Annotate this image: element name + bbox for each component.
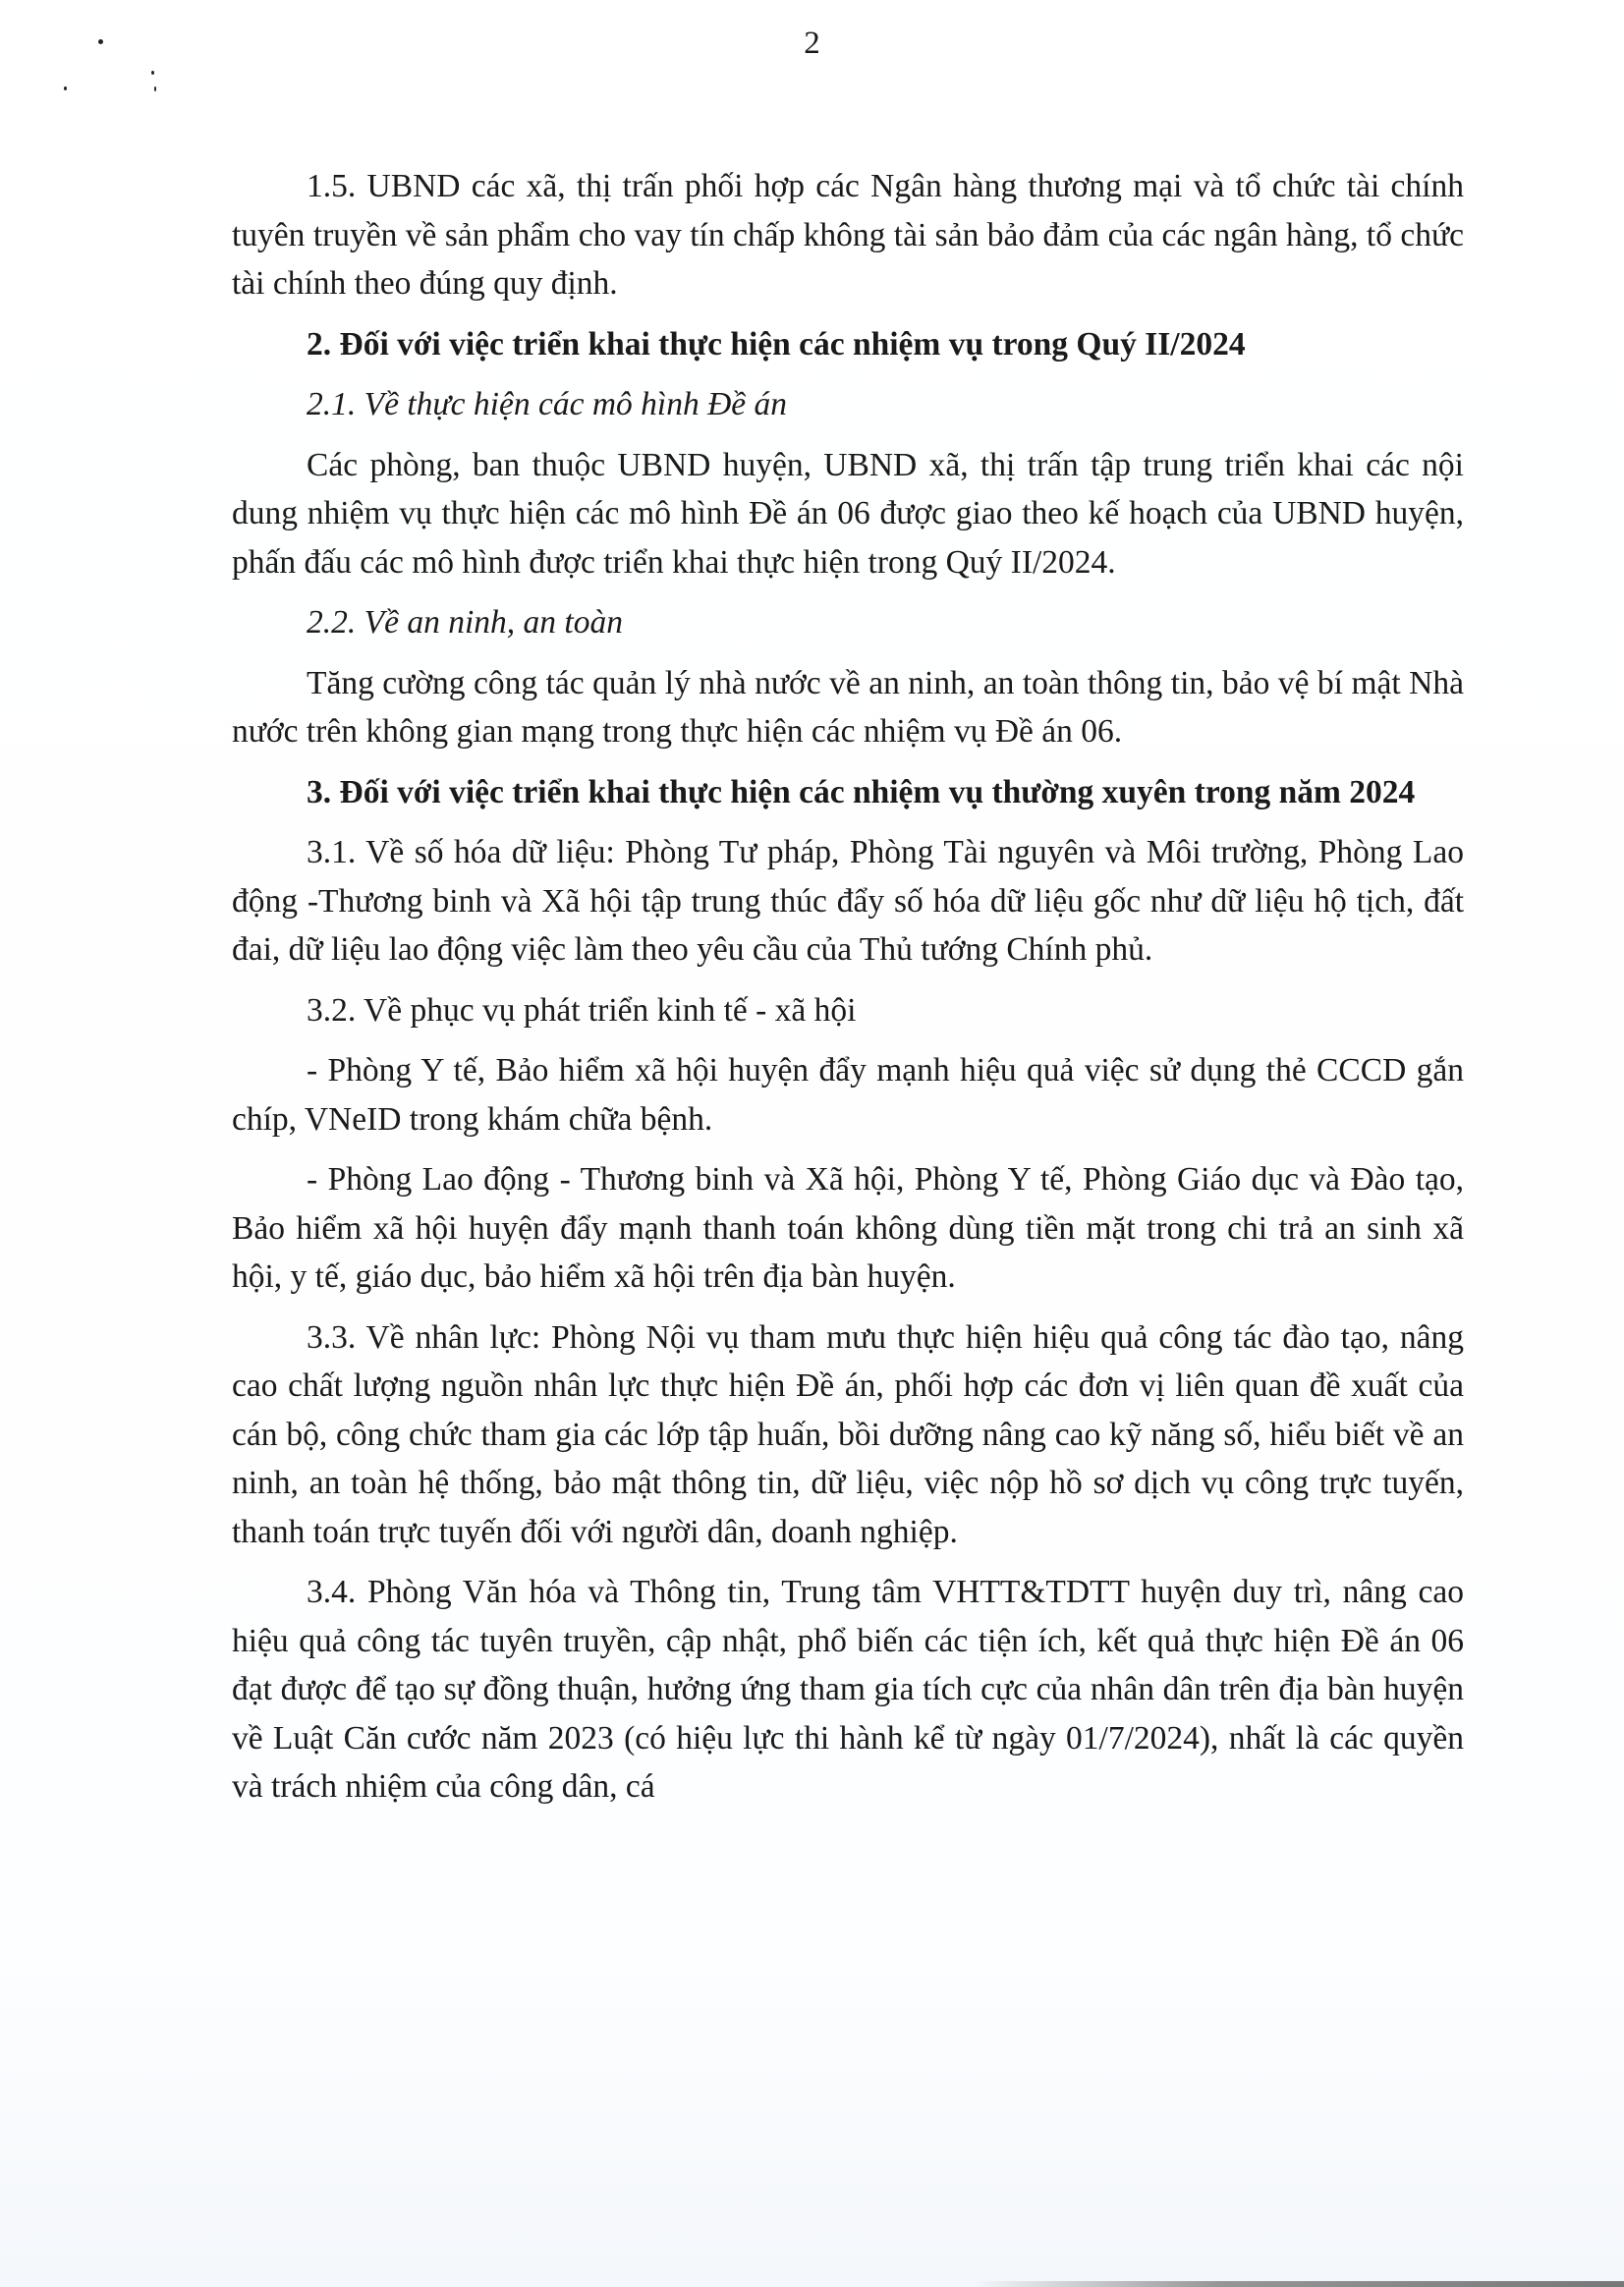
page-number: 2: [0, 24, 1624, 63]
paragraph-3-3: 3.3. Về nhân lực: Phòng Nội vụ tham mưu …: [232, 1313, 1464, 1557]
paragraph-3-4: 3.4. Phòng Văn hóa và Thông tin, Trung t…: [232, 1568, 1464, 1812]
document-body: 1.5. UBND các xã, thị trấn phối hợp các …: [232, 162, 1464, 1823]
document-page: 2 1.5. UBND các xã, thị trấn phối hợp cá…: [0, 0, 1624, 2287]
scan-speck: [151, 71, 154, 75]
paragraph-3-1: 3.1. Về số hóa dữ liệu: Phòng Tư pháp, P…: [232, 828, 1464, 975]
paragraph-2-2: Tăng cường công tác quản lý nhà nước về …: [232, 659, 1464, 756]
subheading-2-1: 2.1. Về thực hiện các mô hình Đề án: [232, 380, 1464, 429]
subheading-2-2: 2.2. Về an ninh, an toàn: [232, 598, 1464, 647]
subheading-3-2: 3.2. Về phục vụ phát triển kinh tế - xã …: [232, 986, 1464, 1035]
heading-section-2: 2. Đối với việc triển khai thực hiện các…: [232, 320, 1464, 369]
paragraph-2-1: Các phòng, ban thuộc UBND huyện, UBND xã…: [232, 441, 1464, 587]
paragraph-1-5: 1.5. UBND các xã, thị trấn phối hợp các …: [232, 162, 1464, 308]
scan-edge-shadow: [0, 2281, 1624, 2287]
paragraph-3-2-bullet-b: - Phòng Lao động - Thương binh và Xã hội…: [232, 1155, 1464, 1302]
scan-speck: [154, 86, 156, 91]
heading-section-3: 3. Đối với việc triển khai thực hiện các…: [232, 768, 1464, 817]
paragraph-3-2-bullet-a: - Phòng Y tế, Bảo hiểm xã hội huyện đẩy …: [232, 1046, 1464, 1143]
scan-speck: [64, 86, 67, 90]
